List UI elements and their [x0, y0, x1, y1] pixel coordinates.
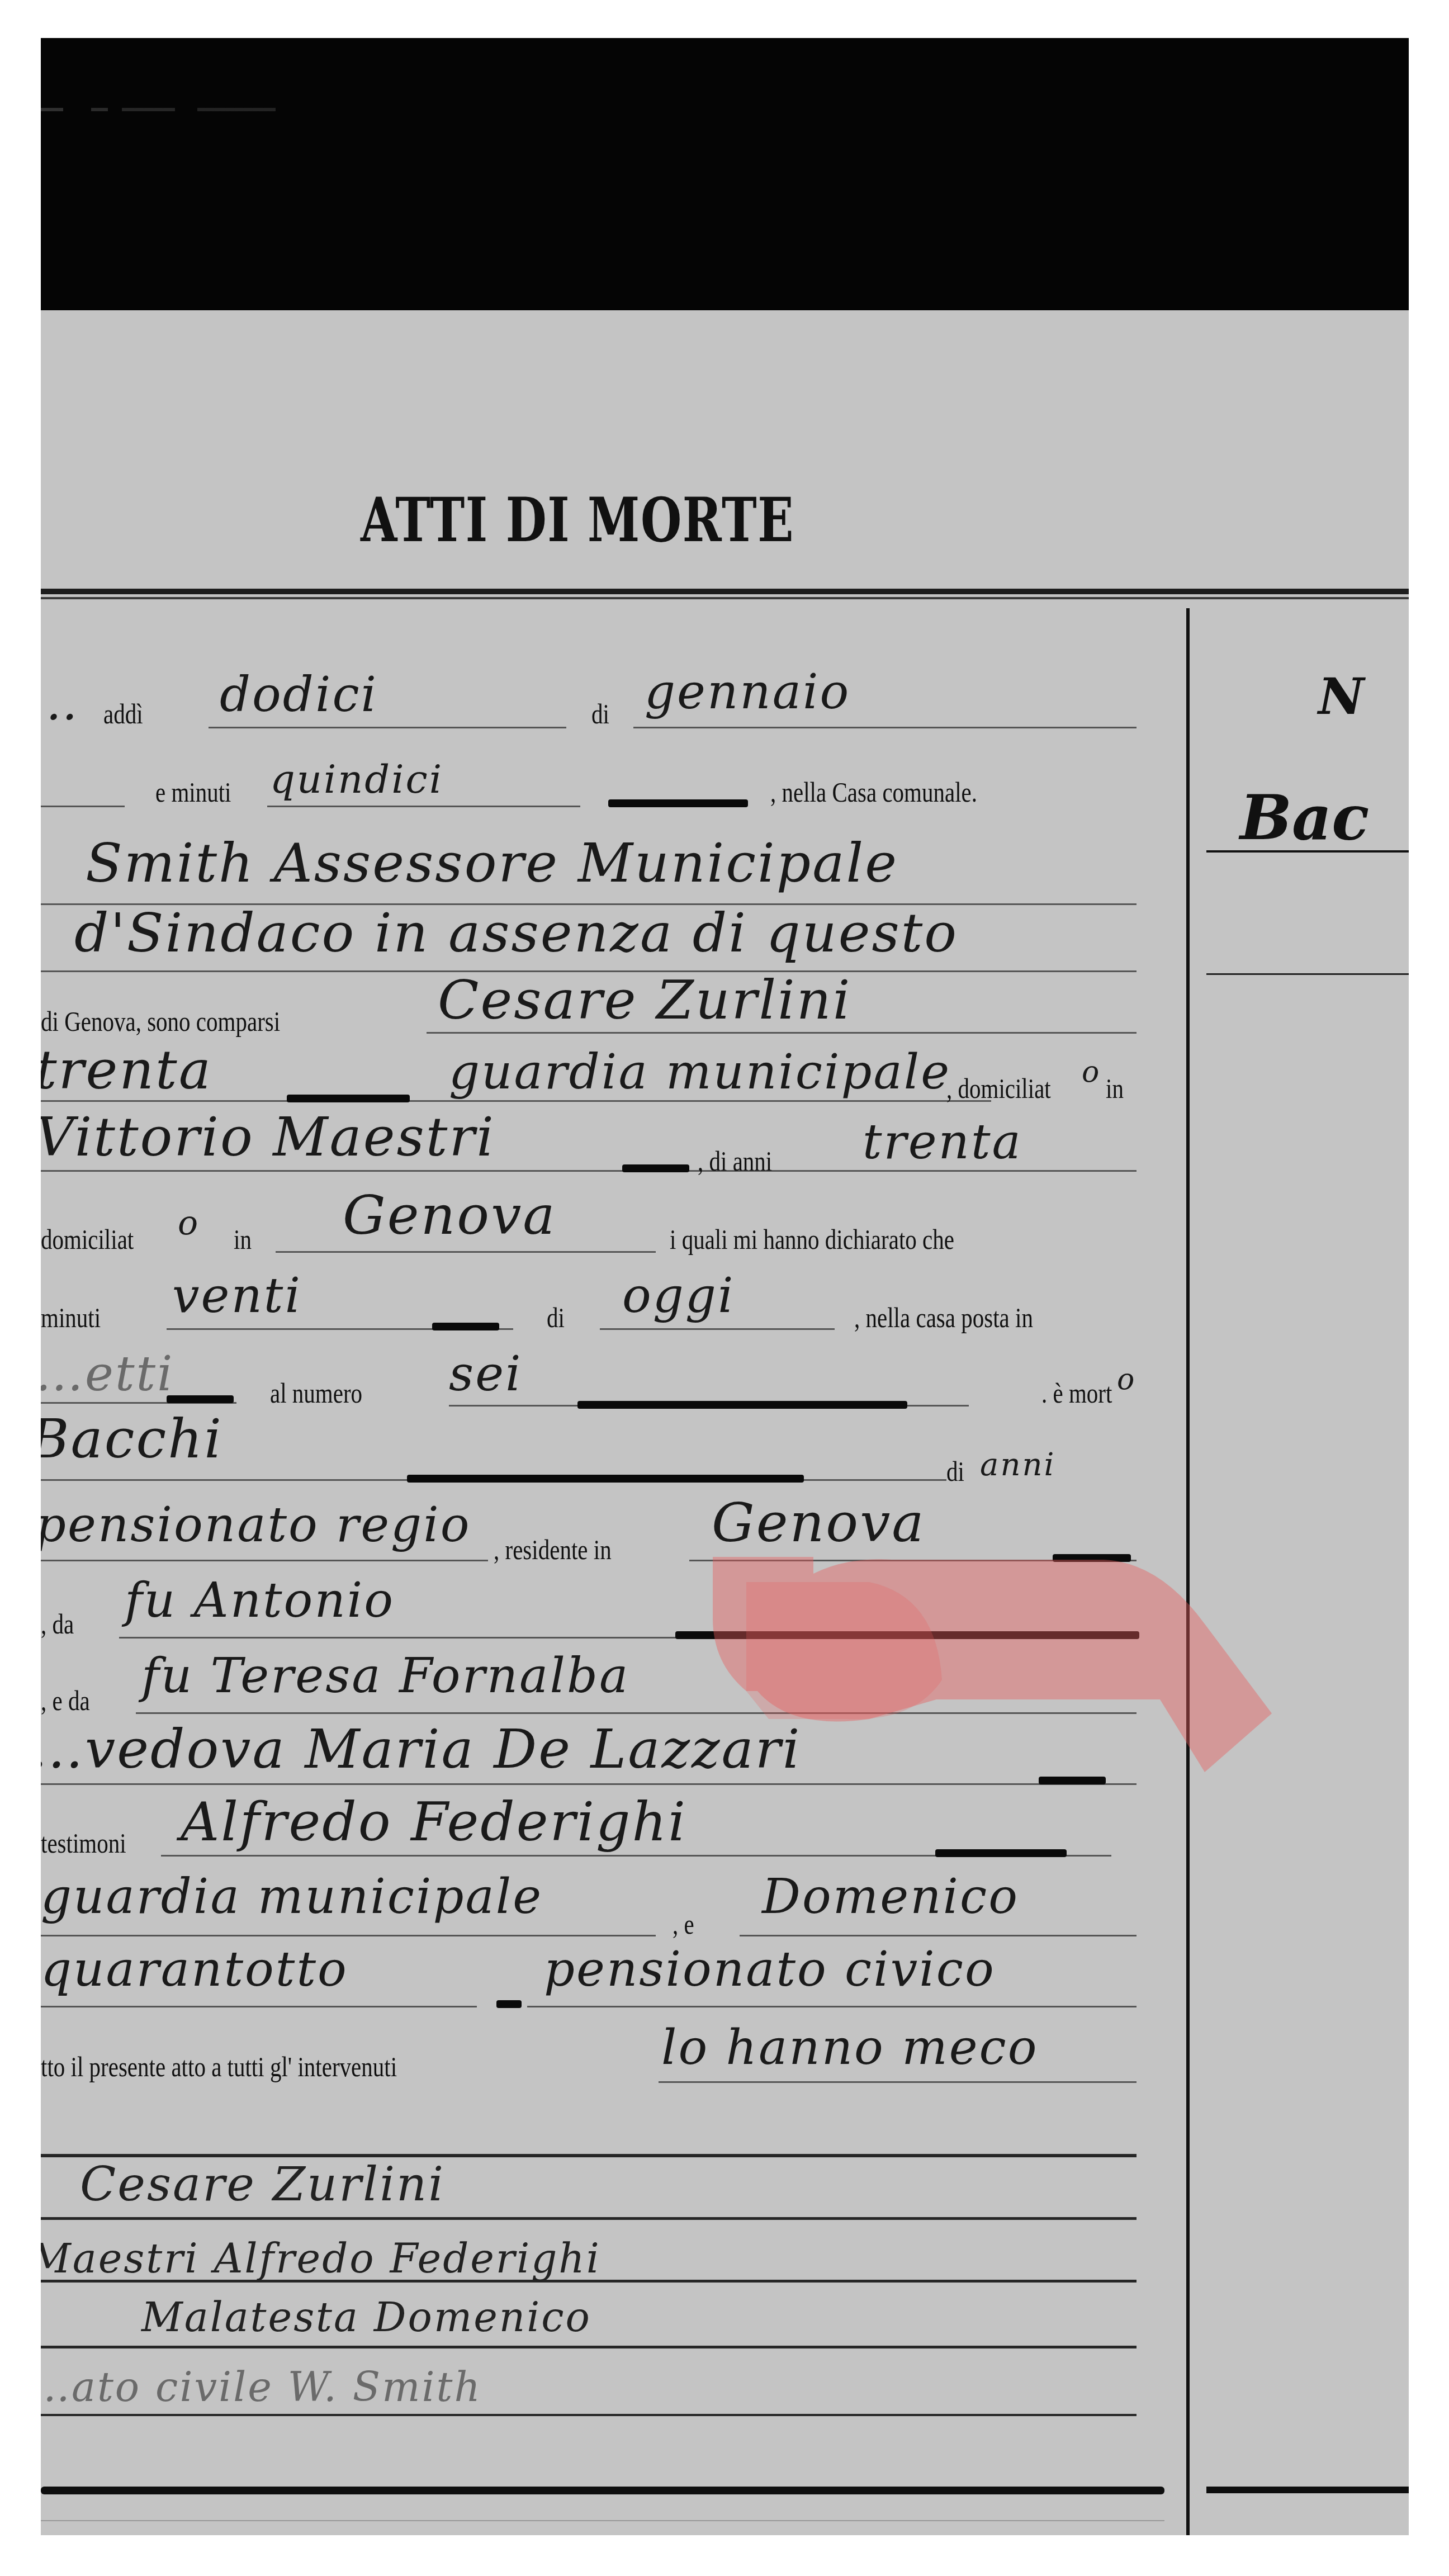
- printed-label: , nella casa posta in: [854, 1301, 1033, 1334]
- printed-label: di: [591, 698, 609, 730]
- handwritten-residence: Genova: [343, 1184, 557, 1247]
- margin-rule: [1206, 973, 1409, 975]
- handwritten-suffix: o: [1082, 1055, 1101, 1089]
- printed-label: e minuti: [155, 776, 231, 808]
- handwritten-witness-2: Domenico: [762, 1869, 1019, 1925]
- handwritten-residence-deceased: Genova: [712, 1491, 926, 1554]
- handwritten-day: dodici: [220, 667, 378, 723]
- form-line: [527, 2006, 1137, 2007]
- form-line: [659, 2081, 1137, 2083]
- handwritten-minutes: quindici: [270, 756, 443, 802]
- handwritten-witness-1-occupation: guardia municipale: [41, 1869, 543, 1925]
- form-line: [41, 806, 125, 807]
- signature-witness-2: Malatesta Domenico: [141, 2294, 591, 2341]
- filler-dash: [608, 799, 748, 807]
- form-line: [600, 1328, 835, 1330]
- printed-label: domiciliat: [41, 1223, 134, 1256]
- signature-line: [41, 2346, 1137, 2348]
- printed-label: di: [547, 1301, 565, 1334]
- printed-label: , e: [673, 1908, 694, 1940]
- handwritten-street: …etti: [41, 1346, 174, 1402]
- form-line: [41, 1560, 488, 1561]
- footer-rule-right: [1206, 2487, 1409, 2493]
- handwritten-house-number: sei: [449, 1346, 523, 1402]
- handwritten-witness-1: Alfredo Federighi: [181, 1791, 687, 1853]
- handwritten-declarant-2: Vittorio Maestri: [41, 1106, 495, 1168]
- document-page: ATTI DI MORTE N Bac … addì dodici di gen…: [41, 38, 1409, 2535]
- handwritten-role: d'Sindaco in assenza di questo: [74, 902, 958, 964]
- scan-artifact: [41, 108, 544, 111]
- handwritten-age: trenta: [41, 1039, 212, 1101]
- printed-label: in: [1106, 1072, 1124, 1105]
- form-line: [209, 727, 566, 728]
- filler-dash: [622, 1164, 689, 1172]
- handwritten-suffix: o: [1117, 1363, 1136, 1396]
- handwritten-mother: fu Teresa Fornalba: [141, 1648, 629, 1704]
- handwritten-spouse: …vedova Maria De Lazzari: [41, 1718, 801, 1781]
- margin-rule: [1206, 850, 1409, 853]
- printed-label: . è mort: [1041, 1377, 1112, 1409]
- filler-dash: [577, 1401, 907, 1409]
- printed-label: in: [234, 1223, 252, 1256]
- printed-label: , residente in: [494, 1533, 612, 1566]
- filler-dash: [1039, 1777, 1106, 1784]
- printed-label: , domiciliat: [946, 1072, 1051, 1105]
- form-line: [276, 1251, 656, 1253]
- header-rule: [41, 589, 1409, 594]
- signature-officer: …ato civile W. Smith: [41, 2364, 482, 2411]
- footer-rule: [41, 2487, 1164, 2494]
- signature-witnesses: Maestri Alfredo Federighi: [41, 2235, 601, 2282]
- handwritten-closing: lo hanno meco: [661, 2020, 1039, 2076]
- filler-dash: [935, 1849, 1067, 1857]
- printed-label: minuti: [41, 1301, 101, 1334]
- filler-dash: [1053, 1554, 1131, 1562]
- handwritten-declarant-1: Cesare Zurlini: [438, 969, 851, 1031]
- printed-label: , da: [41, 1608, 74, 1640]
- handwritten-age-2: trenta: [863, 1114, 1022, 1170]
- form-line: [427, 1032, 1137, 1034]
- scan-black-border: [41, 38, 1409, 310]
- handwritten-fragment: …: [41, 675, 79, 731]
- handwritten-witness-2-age: quarantotto: [41, 1942, 348, 1997]
- faint-rule: [41, 2520, 1164, 2521]
- filler-dash: [432, 1323, 499, 1330]
- handwritten-month: gennaio: [645, 664, 850, 720]
- handwritten-minutes-2: venti: [172, 1268, 302, 1324]
- handwritten-suffix: o: [178, 1204, 200, 1243]
- form-line: [41, 1935, 656, 1936]
- printed-label: testimoni: [41, 1827, 126, 1859]
- form-line: [633, 727, 1137, 728]
- form-line: [41, 1170, 1137, 1172]
- printed-label: di: [946, 1455, 964, 1488]
- printed-label: al numero: [270, 1377, 362, 1409]
- handwritten-witness-2-occupation: pensionato civico: [544, 1942, 996, 1997]
- handwritten-occupation-deceased: pensionato regio: [41, 1497, 471, 1553]
- signature-declarant-1: Cesare Zurlini: [80, 2157, 445, 2212]
- form-line: [267, 806, 580, 807]
- filler-dash: [287, 1095, 410, 1102]
- printed-label: , nella Casa comunale.: [770, 776, 977, 808]
- signature-line: [41, 2414, 1137, 2416]
- printed-label: di Genova, sono comparsi: [41, 1005, 280, 1038]
- printed-label: tto il presente atto a tutti gl' interve…: [41, 2051, 397, 2083]
- filler-dash: [167, 1395, 234, 1403]
- handwritten-deceased-surname: Bacchi: [41, 1408, 223, 1470]
- filler-dash: [496, 2000, 522, 2008]
- filler-dash: [675, 1631, 1139, 1639]
- form-line: [136, 1712, 1137, 1714]
- handwritten-officer: Smith Assessore Municipale: [86, 832, 898, 894]
- printed-label: i quali mi hanno dichiarato che: [670, 1223, 954, 1256]
- signature-line: [41, 2217, 1137, 2220]
- margin-record-number: N: [1318, 667, 1364, 726]
- handwritten-anni: anni: [980, 1447, 1055, 1483]
- margin-surname: Bac: [1240, 782, 1369, 854]
- header-rule-secondary: [41, 597, 1409, 599]
- form-line: [740, 1935, 1137, 1936]
- form-line: [41, 1783, 1137, 1785]
- column-divider: [1186, 608, 1190, 2535]
- printed-label: , di anni: [698, 1145, 772, 1177]
- printed-label: addì: [103, 698, 143, 730]
- handwritten-occupation: guardia municipale: [449, 1044, 951, 1100]
- page-title: ATTI DI MORTE: [361, 485, 794, 556]
- handwritten-day-2: oggi: [622, 1268, 735, 1324]
- form-line: [41, 2006, 477, 2007]
- printed-label: , e da: [41, 1684, 90, 1717]
- handwritten-father: fu Antonio: [125, 1573, 395, 1628]
- filler-dash: [407, 1475, 804, 1483]
